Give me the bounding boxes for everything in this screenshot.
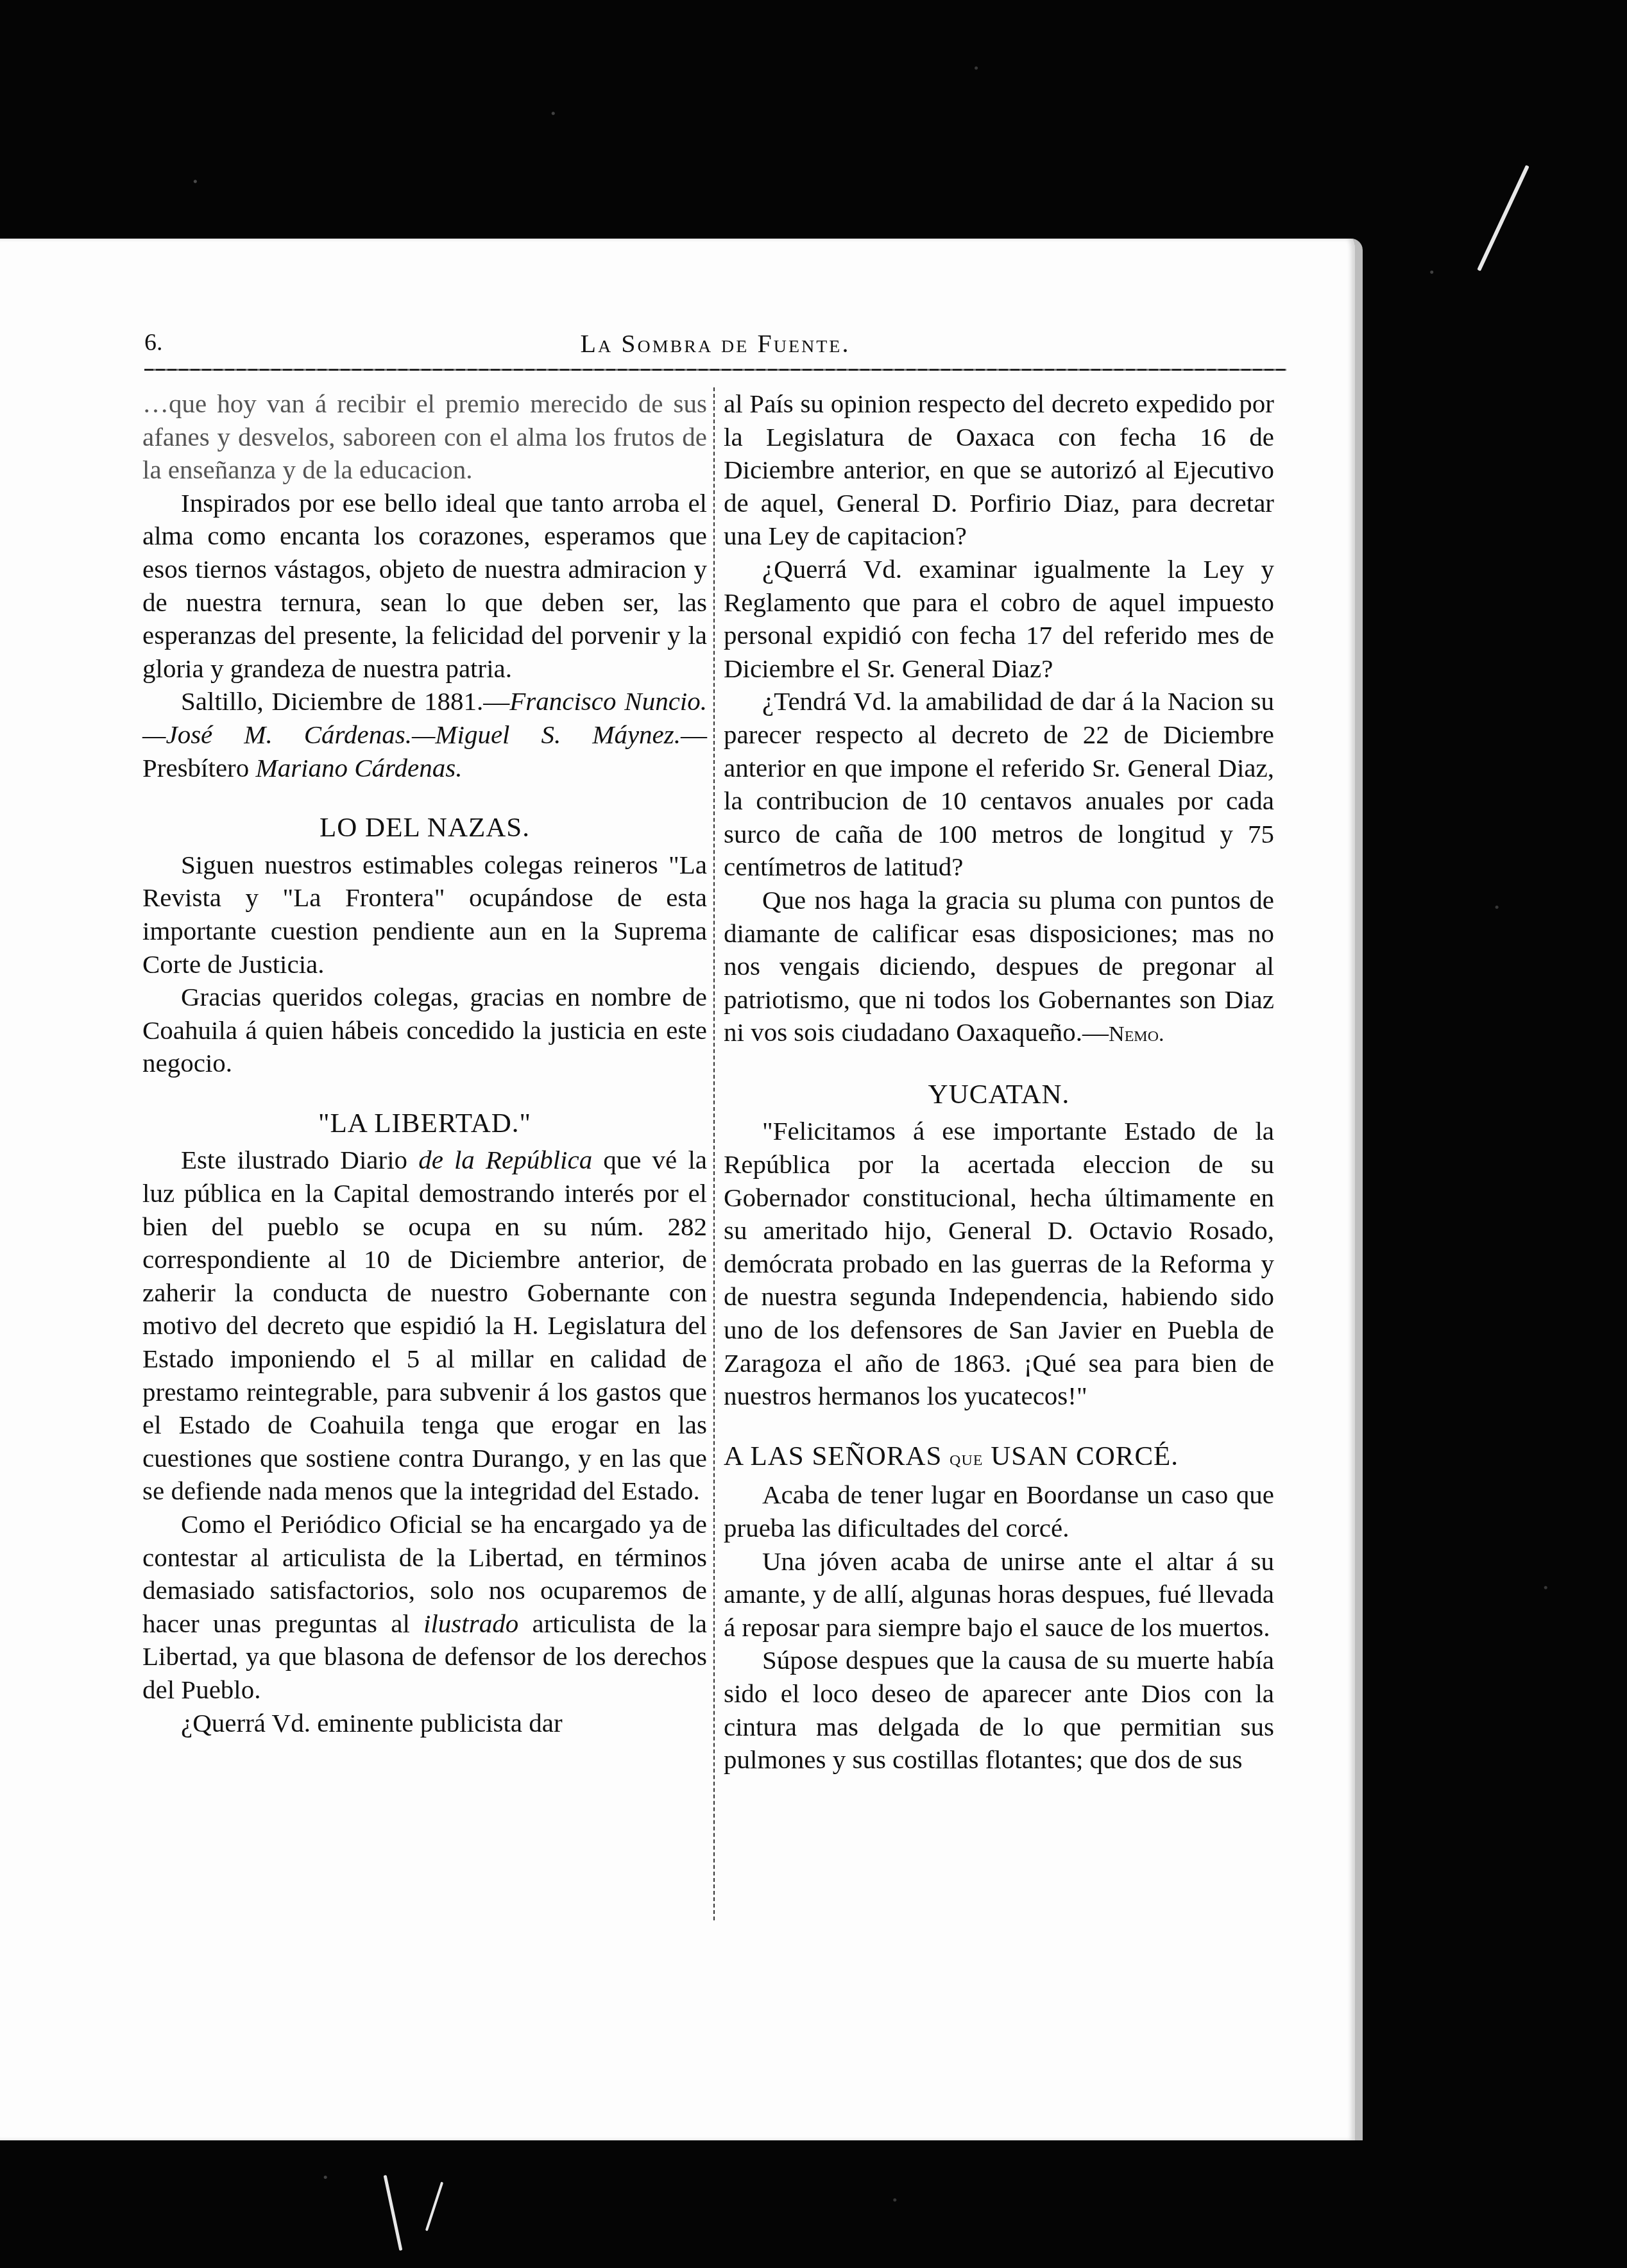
heading-yucatan: YUCATAN. <box>724 1078 1274 1112</box>
heading-la-libertad: "LA LIBERTAD." <box>142 1107 707 1140</box>
libertad-p1-italic: de la República <box>418 1145 592 1174</box>
libertad-p1-text-b: que vé la luz pública en la Capital demo… <box>142 1145 707 1505</box>
question-3: ¿Tendrá Vd. la amabilidad de dar á la Na… <box>724 685 1274 884</box>
closing-signature-nemo: Nemo. <box>1109 1022 1164 1046</box>
libertad-paragraph-2: Como el Periódico Oficial se ha encargad… <box>142 1508 707 1707</box>
right-column: al País su opinion respecto del decreto … <box>724 387 1274 1777</box>
heading-corce-small: que <box>950 1446 983 1470</box>
question-2: ¿Querrá Vd. examinar igualmente la Ley y… <box>724 553 1274 685</box>
question-continuation: al País su opinion respecto del decreto … <box>724 387 1274 553</box>
header-rule <box>144 369 1286 371</box>
heading-senoras-corce: A LAS SEÑORAS que USAN CORCÉ. <box>724 1440 1274 1475</box>
yucatan-paragraph: "Felicitamos á ese importante Estado de … <box>724 1115 1274 1412</box>
heading-corce-part-b: USAN CORCÉ. <box>983 1441 1179 1471</box>
libertad-p1-text-a: Este ilustrado Diario <box>181 1145 418 1174</box>
signature-block: Saltillo, Diciembre de 1881.—Francisco N… <box>142 685 707 784</box>
column-divider <box>713 387 715 1920</box>
signature-place-date: Saltillo, Diciembre de 1881.— <box>181 686 509 716</box>
corce-paragraph-3: Súpose despues que la causa de su muerte… <box>724 1644 1274 1776</box>
intro-continuation: …que hoy van á recibir el premio merecid… <box>142 387 707 487</box>
nazas-paragraph-2: Gracias queridos colegas, gracias en nom… <box>142 981 707 1080</box>
nazas-paragraph-1: Siguen nuestros estimables colegas reine… <box>142 849 707 981</box>
heading-corce-part-a: A LAS SEÑORAS <box>724 1441 950 1471</box>
corce-paragraph-2: Una jóven acaba de unirse ante el altar … <box>724 1545 1274 1645</box>
closing-paragraph: Que nos haga la gracia su pluma con punt… <box>724 884 1274 1051</box>
libertad-p2-italic: ilustrado <box>423 1609 518 1638</box>
left-column: …que hoy van á recibir el premio merecid… <box>142 387 707 1739</box>
libertad-paragraph-3: ¿Querrá Vd. eminente publicista dar <box>142 1707 707 1740</box>
signature-names-2: Mariano Cárdenas. <box>256 753 463 783</box>
newspaper-page: 6. La Sombra de Fuente. …que hoy van á r… <box>0 239 1363 2140</box>
running-head: 6. La Sombra de Fuente. <box>144 328 1286 367</box>
libertad-paragraph-1: Este ilustrado Diario de la República qu… <box>142 1144 707 1508</box>
paper-title: La Sombra de Fuente. <box>144 328 1286 359</box>
closing-text: Que nos haga la gracia su pluma con punt… <box>724 885 1274 1047</box>
corce-paragraph-1: Acaba de tener lugar en Boordanse un cas… <box>724 1478 1274 1544</box>
inspirados-paragraph: Inspirados por ese bello ideal que tanto… <box>142 487 707 686</box>
heading-lo-del-nazas: LO DEL NAZAS. <box>142 811 707 845</box>
